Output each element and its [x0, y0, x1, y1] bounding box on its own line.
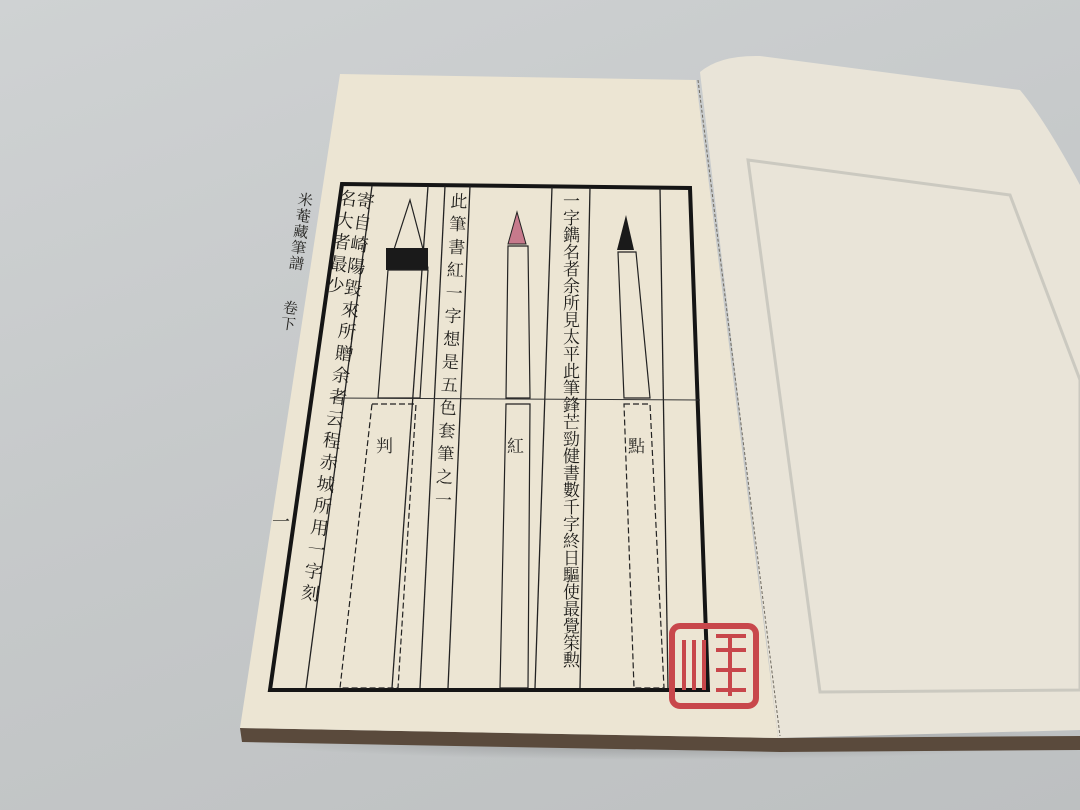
book-illustration: [0, 0, 1080, 810]
folio-number: 一: [270, 512, 288, 531]
brush-red-label: 紅: [507, 432, 524, 457]
brush-small-label: 點: [628, 432, 645, 457]
margin-volume: 卷下: [279, 299, 298, 333]
column-3-text: 一字鐫名者余所見太平此筆鋒芒勁健書數千字終日驅使最覺筞勲: [560, 192, 577, 682]
brush-large-label: 判: [376, 432, 393, 457]
